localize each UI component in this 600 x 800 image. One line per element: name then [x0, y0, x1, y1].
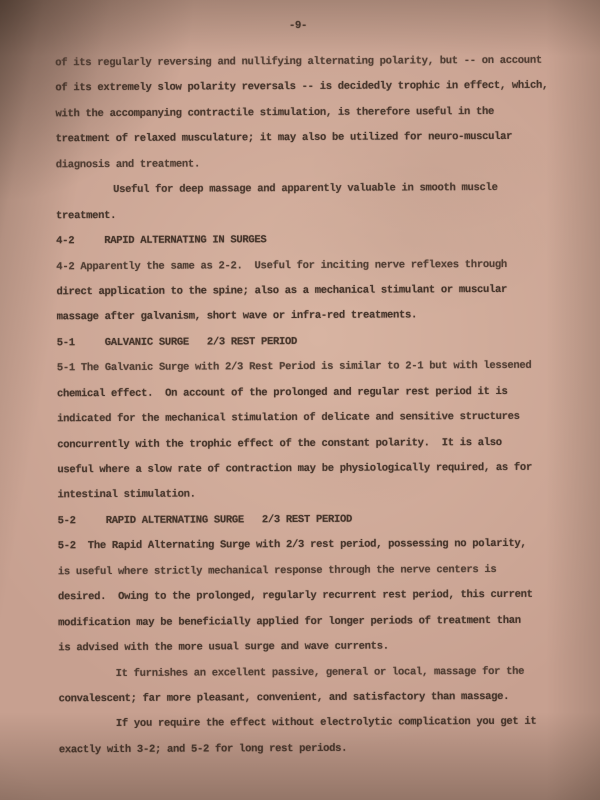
- text-line: indicated for the mechanical stimulation…: [57, 405, 570, 433]
- text-lines: of its regularly reversing and nullifyin…: [55, 49, 572, 764]
- text-line: of its extremely slow polarity reversals…: [55, 74, 568, 102]
- page-number: -9-: [0, 18, 598, 33]
- text-line: If you require the effect without electr…: [59, 710, 572, 738]
- typewritten-sheet: -9- of its regularly reversing and nulli…: [0, 0, 600, 800]
- text-line: 5-2 The Rapid Alternating Surge with 2/3…: [58, 532, 571, 560]
- text-line: massage after galvanism, short wave or i…: [57, 303, 570, 331]
- text-line: of its regularly reversing and nullifyin…: [55, 49, 568, 77]
- text-line: 5-2 RAPID ALTERNATING SURGE 2/3 REST PER…: [58, 506, 571, 534]
- text-line: diagnosis and treatment.: [56, 150, 569, 178]
- text-line: convalescent; far more pleasant, conveni…: [59, 685, 572, 713]
- text-line: direct application to the spine; also as…: [56, 278, 569, 306]
- text-line: 4-2 RAPID ALTERNATING IN SURGES: [56, 227, 569, 255]
- text-line: 4-2 Apparently the same as 2-2. Useful f…: [56, 252, 569, 280]
- text-line: 5-1 GALVANIC SURGE 2/3 REST PERIOD: [57, 328, 570, 356]
- text-line: exactly with 3-2; and 5-2 for long rest …: [59, 735, 572, 763]
- text-line: is useful where strictly mechanical resp…: [58, 557, 571, 585]
- text-line: with the accompanying contractile stimul…: [55, 99, 568, 127]
- text-line: 5-1 The Galvanic Surge with 2/3 Rest Per…: [57, 354, 570, 382]
- text-line: chemical effect. On account of the prolo…: [57, 379, 570, 407]
- text-line: concurrently with the trophic effect of …: [57, 430, 570, 458]
- text-line: treatment.: [56, 201, 569, 229]
- text-line: It furnishes an excellent passive, gener…: [58, 659, 571, 687]
- text-line: treatment of relaxed musculature; it may…: [56, 125, 569, 153]
- text-line: modification may be beneficially applied…: [58, 608, 571, 636]
- text-line: useful where a slow rate of contraction …: [57, 456, 570, 484]
- text-line: is advised with the more usual surge and…: [58, 634, 571, 662]
- document-page: -9- of its regularly reversing and nulli…: [0, 0, 600, 800]
- text-line: Useful for deep massage and apparently v…: [56, 176, 569, 204]
- text-line: desired. Owing to the prolonged, regular…: [58, 583, 571, 611]
- text-line: intestinal stimulation.: [57, 481, 570, 509]
